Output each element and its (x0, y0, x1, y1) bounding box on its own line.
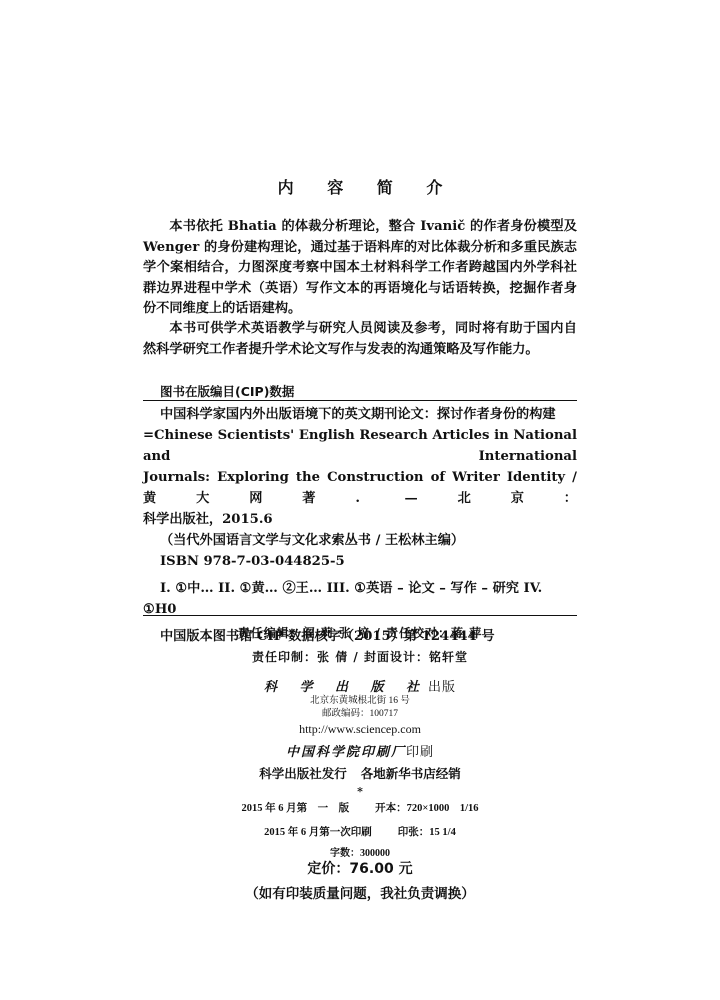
production-credits: 责任印制：张 倩 / 封面设计：铭轩堂 (0, 648, 720, 665)
summary-paragraph-1: 本书依托 Bhatia 的体裁分析理论，整合 Ivanič 的作者身份模型及 W… (143, 217, 577, 320)
publisher-suffix: 出版 (428, 680, 456, 695)
cip-record: 中国科学家国内外出版语境下的英文期刊论文：探讨作者身份的构建 =Chinese … (143, 404, 577, 647)
printed-sheets: 印张：15 1/4 (398, 827, 456, 838)
printer-name: 中国科学院印刷厂 (286, 745, 406, 760)
cip-isbn-line: ISBN 978-7-03-044825-5 (143, 551, 577, 572)
editor-credits: 责任编辑：阎 莉 张 培 / 责任校对：蒋 萍 (0, 624, 720, 641)
cip-publisher-line: 科学出版社，2015.6 (143, 509, 577, 530)
cip-subject-line: I. ①中… II. ①黄… ②王… III. ①英语 – 论文 – 写作 – … (143, 578, 577, 599)
format-size: 开本：720×1000 1/16 (375, 803, 478, 814)
cip-english-title-line-2: Journals: Exploring the Construction of … (143, 467, 577, 509)
page-title: 内 容 简 介 (0, 175, 720, 198)
distribution-bookstores: 各地新华书店经销 (361, 766, 461, 781)
price: 定价：76.00 元 (0, 858, 720, 878)
printing-line: 2015 年 6 月第一次印刷印张：15 1/4 (0, 824, 720, 839)
printing-date: 2015 年 6 月第一次印刷 (264, 827, 372, 838)
publisher-url: http://www.sciencep.com (0, 721, 720, 737)
cip-english-title-line-1: =Chinese Scientists' English Research Ar… (143, 425, 577, 467)
summary-paragraph-2: 本书可供学术英语教学与研究人员阅读及参考，同时将有助于国内自然科学研究工作者提升… (143, 319, 577, 360)
cip-classification-line: ①H0 (143, 599, 577, 620)
cip-series-line: （当代外国语言文学与文化求索丛书 / 王松林主编） (143, 530, 577, 551)
cip-title-line: 中国科学家国内外出版语境下的英文期刊论文：探讨作者身份的构建 (143, 404, 577, 425)
cip-bottom-rule (143, 615, 577, 616)
publisher-block: 科 学 出 版 社出版 北京东黄城根北街 16 号 邮政编码：100717 ht… (0, 676, 720, 800)
edition-line: 2015 年 6 月第 一 版开本：720×1000 1/16 (0, 800, 720, 815)
word-count: 字数：300000 (0, 844, 720, 859)
distribution-line: 科学出版社发行各地新华书店经销 (0, 764, 720, 782)
publisher-name-text: 科 学 出 版 社 (264, 680, 428, 695)
cip-heading: 图书在版编目(CIP)数据 (160, 382, 294, 400)
separator-star-icon: * (0, 784, 720, 800)
cip-top-rule (143, 400, 577, 401)
publisher-postcode: 邮政编码：100717 (0, 708, 720, 721)
printer-line: 中国科学院印刷厂印刷 (0, 741, 720, 760)
edition-date: 2015 年 6 月第 一 版 (241, 803, 349, 814)
distribution-publisher: 科学出版社发行 (259, 766, 347, 781)
quality-notice: （如有印装质量问题，我社负责调换） (0, 882, 720, 902)
publisher-address: 北京东黄城根北街 16 号 (0, 695, 720, 708)
printer-suffix: 印刷 (406, 745, 434, 760)
publisher-name: 科 学 出 版 社出版 (0, 676, 720, 695)
